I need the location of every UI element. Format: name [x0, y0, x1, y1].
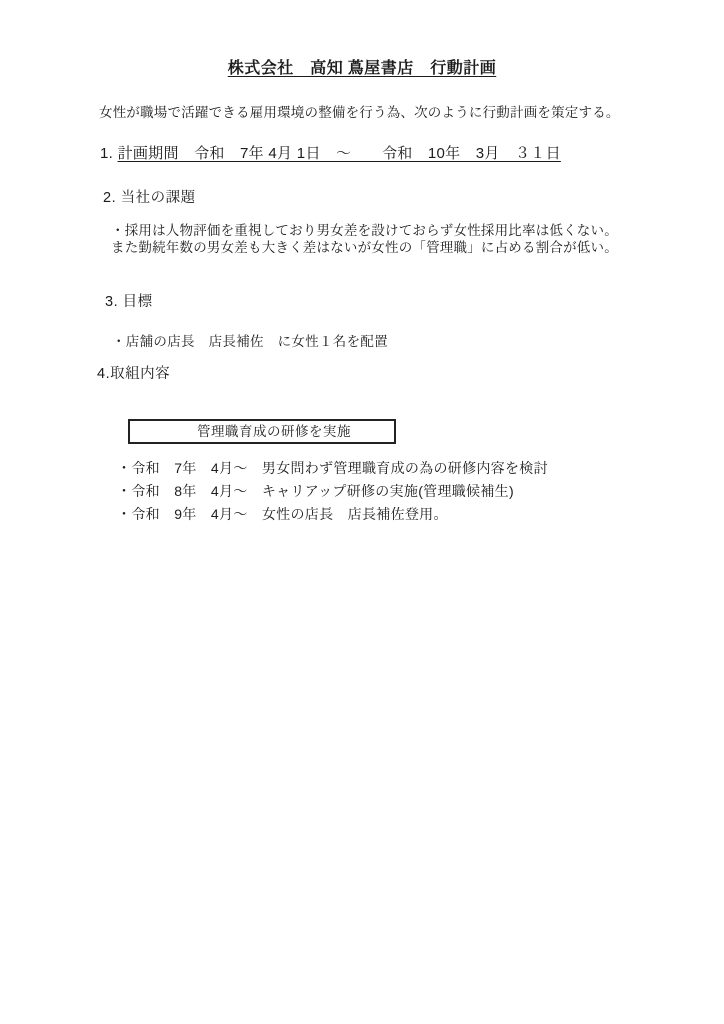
section-2-heading: 2. 当社の課題: [103, 186, 196, 207]
issues-bullet-line-2: また勤続年数の男女差も大きく差はないが女性の「管理職」に占める割合が低い。: [111, 240, 618, 257]
issues-bullet-line-1: ・採用は人物評価を重視しており男女差を設けておらず女性採用比率は低くない。: [111, 223, 618, 240]
initiative-box-label: 管理職育成の研修を実施: [197, 424, 351, 439]
document-title-text: 株式会社 高知 蔦屋書店 行動計画: [228, 60, 497, 77]
initiative-box: 管理職育成の研修を実施: [128, 419, 396, 444]
issues-bullet: ・採用は人物評価を重視しており男女差を設けておらず女性採用比率は低くない。 また…: [111, 223, 618, 256]
section-1-plan-period: 1. 計画期間 令和 7年 4月 1日 ～ 令和 10年 3月 ３１日: [100, 142, 561, 163]
section-3-heading: 3. 目標: [105, 290, 153, 311]
schedule-item: ・令和 9年 4月～ 女性の店長 店長補佐登用。: [117, 503, 548, 526]
section-1-number: 1.: [100, 145, 118, 162]
schedule-item: ・令和 8年 4月～ キャリアップ研修の実施(管理職候補生): [117, 480, 548, 503]
intro-paragraph: 女性が職場で活躍できる雇用環境の整備を行う為、次のように行動計画を策定する。: [99, 101, 620, 121]
document-title: 株式会社 高知 蔦屋書店 行動計画: [0, 55, 724, 78]
document-page: 株式会社 高知 蔦屋書店 行動計画 女性が職場で活躍できる雇用環境の整備を行う為…: [0, 0, 724, 1024]
schedule-item: ・令和 7年 4月～ 男女問わず管理職育成の為の研修内容を検討: [117, 457, 548, 480]
section-4-heading: 4.取組内容: [97, 362, 170, 383]
plan-period-text: 計画期間 令和 7年 4月 1日 ～ 令和 10年 3月 ３１日: [118, 145, 561, 162]
schedule-list: ・令和 7年 4月～ 男女問わず管理職育成の為の研修内容を検討 ・令和 8年 4…: [117, 457, 548, 526]
goal-bullet: ・店舗の店長 店長補佐 に女性１名を配置: [112, 330, 388, 350]
